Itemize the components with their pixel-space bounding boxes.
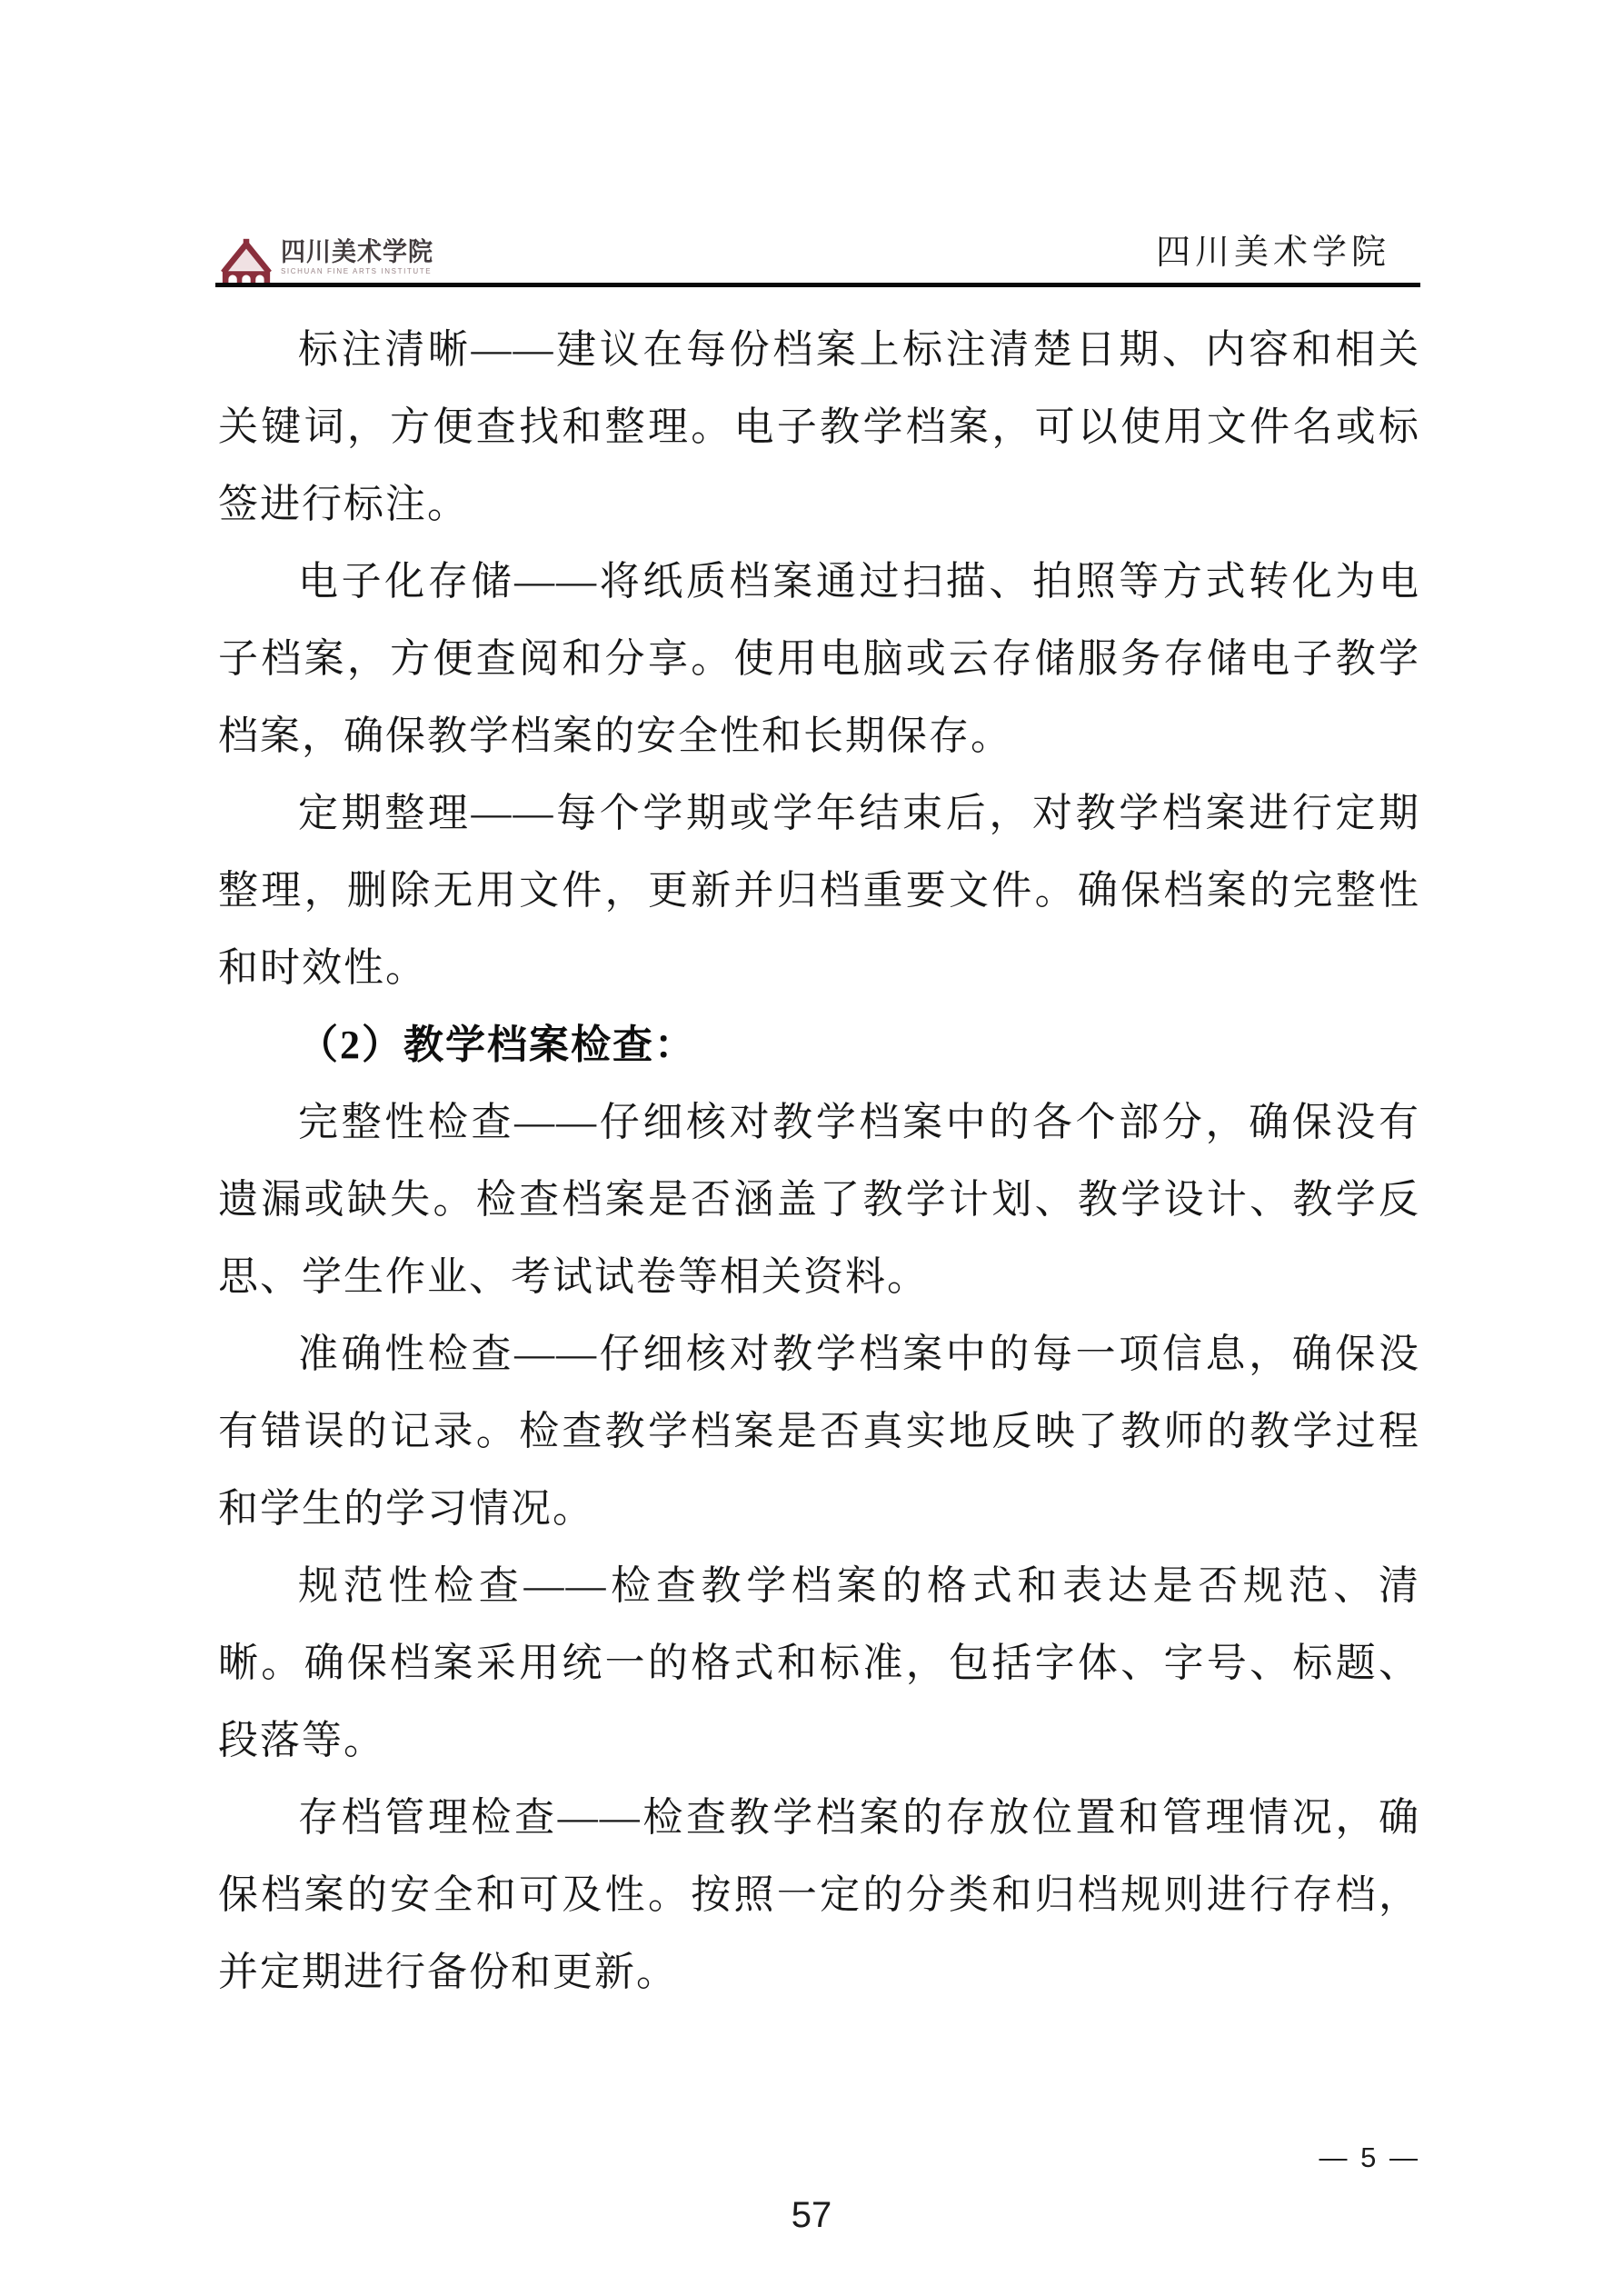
document-page: 四川美术学院 SICHUAN FINE ARTS INSTITUTE 四川美术学… [0,0,1623,2296]
paragraph-regular-organizing: 定期整理——每个学期或学年结束后，对教学档案进行定期整理，删除无用文件，更新并归… [218,774,1420,1006]
logo-text-block: 四川美术学院 SICHUAN FINE ARTS INSTITUTE [281,235,433,275]
header-rule [215,283,1420,287]
paragraph-archive-management-check: 存档管理检查——检查教学档案的存放位置和管理情况，确保档案的安全和可及性。按照一… [218,1779,1420,2011]
page-number: 57 [0,2195,1623,2236]
section-page-label: — 5 — [1319,2141,1420,2174]
document-body: 标注清晰——建议在每份档案上标注清楚日期、内容和相关关键词，方便查找和整理。电子… [218,311,1420,2011]
institute-logo: 四川美术学院 SICHUAN FINE ARTS INSTITUTE [221,235,433,285]
header-institute-name: 四川美术学院 [1156,233,1390,273]
paragraph-standardization-check: 规范性检查——检查教学档案的格式和表达是否规范、清晰。确保档案采用统一的格式和标… [218,1547,1420,1779]
paragraph-completeness-check: 完整性检查——仔细核对教学档案中的各个部分，确保没有遗漏或缺失。检查档案是否涵盖… [218,1083,1420,1315]
heading-archive-inspection: （2）教学档案检查： [218,1006,1420,1083]
paragraph-electronic-storage: 电子化存储——将纸质档案通过扫描、拍照等方式转化为电子档案，方便查阅和分享。使用… [218,543,1420,774]
paragraph-accuracy-check: 准确性检查——仔细核对教学档案中的每一项信息，确保没有错误的记录。检查教学档案是… [218,1315,1420,1547]
arch-gate-icon [221,238,272,285]
logo-calligraphy-text: 四川美术学院 [281,237,433,266]
paragraph-labeling-clarity: 标注清晰——建议在每份档案上标注清楚日期、内容和相关关键词，方便查找和整理。电子… [218,311,1420,543]
logo-subtitle-text: SICHUAN FINE ARTS INSTITUTE [281,267,433,275]
